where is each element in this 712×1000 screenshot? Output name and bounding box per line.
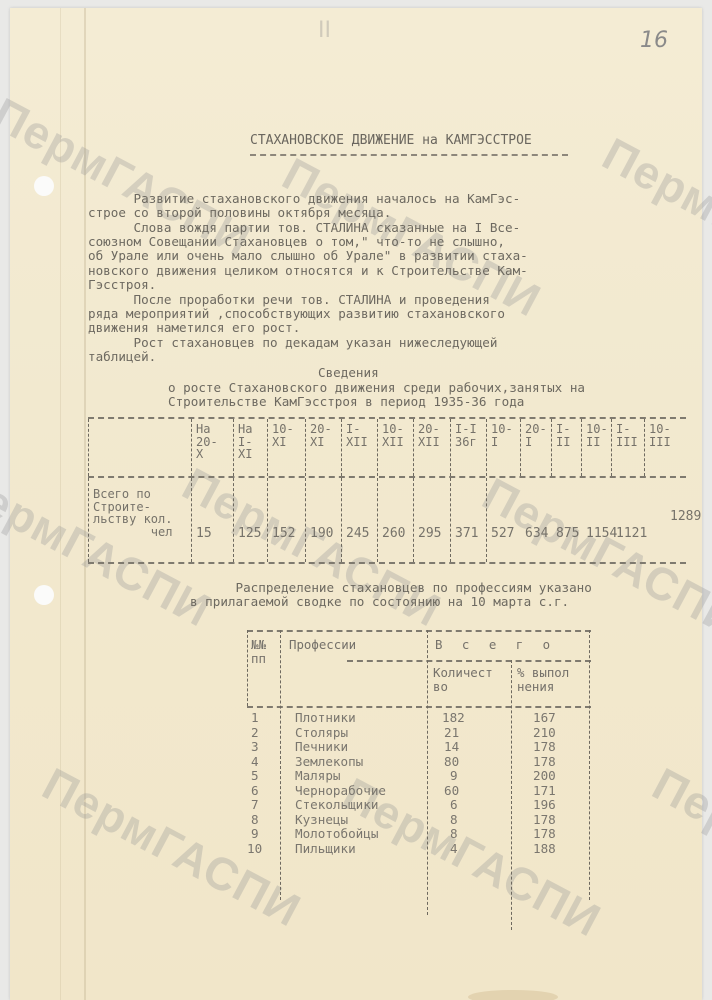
table-row: 5Маляры9200 bbox=[247, 768, 591, 783]
header-cell: 20- I bbox=[520, 419, 551, 476]
row-profession: Кузнецы bbox=[295, 812, 348, 827]
value-cell: 260 bbox=[377, 478, 413, 562]
row-profession: Молотобойцы bbox=[295, 826, 378, 841]
punch-hole bbox=[34, 176, 54, 196]
row-percent: 210 bbox=[533, 725, 556, 740]
growth-table-row: Всего по Строите- льству кол. чел 15 125… bbox=[88, 478, 686, 562]
paragraph-3: После проработки речи тов. СТАЛИНА и про… bbox=[88, 293, 678, 336]
table-border bbox=[247, 630, 591, 632]
header-cell: 10- XII bbox=[377, 419, 413, 476]
row-num: 2 bbox=[251, 725, 259, 740]
row-num: 9 bbox=[251, 826, 259, 841]
table-row: 6Чернорабочие60171 bbox=[247, 783, 591, 798]
row-num: 6 bbox=[251, 783, 259, 798]
header-cell: I- III bbox=[611, 419, 644, 476]
growth-table: На 20- X На I- XI 10- XI 20- XI I- XII 1… bbox=[88, 417, 686, 564]
title-underline bbox=[250, 154, 568, 156]
row-percent: 171 bbox=[533, 783, 556, 798]
header-cell: На I- XI bbox=[233, 419, 267, 476]
profession-rows: 1Плотники182167 2Столяры21210 3Печники14… bbox=[247, 710, 591, 855]
table1-caption-title: Сведения bbox=[318, 366, 379, 380]
document-title: СТАХАНОВСКОЕ ДВИЖЕНИЕ на КАМГЭССТРОЕ bbox=[250, 133, 532, 148]
row-count: 4 bbox=[450, 841, 458, 856]
row-num: 5 bbox=[251, 768, 259, 783]
row-percent: 167 bbox=[533, 710, 556, 725]
row-percent: 196 bbox=[533, 797, 556, 812]
paper-fold bbox=[60, 8, 61, 1000]
table-row: 4Землекопы80178 bbox=[247, 754, 591, 769]
table-row: 10Пильщики4188 bbox=[247, 841, 591, 856]
row-profession: Стекольщики bbox=[295, 797, 378, 812]
row-num: 8 bbox=[251, 812, 259, 827]
value-cell: 152 bbox=[267, 478, 305, 562]
page-number: 16 bbox=[640, 28, 668, 53]
row-profession: Печники bbox=[295, 739, 348, 754]
row-count: 14 bbox=[444, 739, 459, 754]
value-cell: 527 bbox=[486, 478, 520, 562]
value-cell: 371 bbox=[450, 478, 486, 562]
header-cell: I- II bbox=[551, 419, 581, 476]
row-profession: Землекопы bbox=[295, 754, 363, 769]
row-count: 8 bbox=[450, 826, 458, 841]
row-count: 6 bbox=[450, 797, 458, 812]
row-num: 4 bbox=[251, 754, 259, 769]
table1-caption: о росте Стахановского движения среди раб… bbox=[168, 381, 585, 409]
header-cell: I-I 36г bbox=[450, 419, 486, 476]
table-border bbox=[347, 660, 591, 662]
row-percent: 178 bbox=[533, 739, 556, 754]
row-count: 9 bbox=[450, 768, 458, 783]
value-cell: 190 bbox=[305, 478, 341, 562]
extra-value: 1289 bbox=[670, 509, 701, 524]
value-cell: 875 bbox=[551, 478, 581, 562]
growth-table-header: На 20- X На I- XI 10- XI 20- XI I- XII 1… bbox=[88, 419, 686, 478]
row-percent: 200 bbox=[533, 768, 556, 783]
row-percent: 178 bbox=[533, 754, 556, 769]
header-cell-empty bbox=[88, 419, 191, 476]
header-cell: 20- XII bbox=[413, 419, 450, 476]
table-row: 7Стекольщики6196 bbox=[247, 797, 591, 812]
row-profession: Маляры bbox=[295, 768, 341, 783]
row-num: 1 bbox=[251, 710, 259, 725]
row-num: 10 bbox=[247, 841, 262, 856]
paper-fold bbox=[84, 8, 86, 1000]
header-profession: Профессии bbox=[289, 638, 356, 652]
paper-stain bbox=[468, 990, 558, 1000]
header-cell: 10- III bbox=[644, 419, 684, 476]
value-cell: 1121 bbox=[611, 478, 644, 562]
header-cell: 10- XI bbox=[267, 419, 305, 476]
row-count: 80 bbox=[444, 754, 459, 769]
header-cell: 20- XI bbox=[305, 419, 341, 476]
punch-hole bbox=[34, 585, 54, 605]
row-profession: Пильщики bbox=[295, 841, 356, 856]
header-percent: % выпол нения bbox=[517, 666, 569, 694]
row-label: Всего по Строите- льству кол. чел bbox=[88, 478, 191, 562]
row-profession: Чернорабочие bbox=[295, 783, 386, 798]
value-cell: 634 bbox=[520, 478, 551, 562]
header-cell: На 20- X bbox=[191, 419, 233, 476]
header-cell: 10- I bbox=[486, 419, 520, 476]
header-cell: 10- II bbox=[581, 419, 611, 476]
value-cell: 295 bbox=[413, 478, 450, 562]
table-row: 9Молотобойцы8178 bbox=[247, 826, 591, 841]
row-count: 182 bbox=[442, 710, 465, 725]
paragraph-1: Развитие стахановского движения началось… bbox=[88, 192, 678, 220]
header-num: №№ пп bbox=[251, 638, 266, 666]
table-border bbox=[247, 706, 591, 708]
paragraph-4: Рост стахановцев по декадам указан нижес… bbox=[88, 336, 678, 364]
row-num: 7 bbox=[251, 797, 259, 812]
row-profession: Плотники bbox=[295, 710, 356, 725]
row-percent: 178 bbox=[533, 826, 556, 841]
table-row: 2Столяры21210 bbox=[247, 725, 591, 740]
header-total: В с е г о bbox=[435, 638, 556, 652]
row-profession: Столяры bbox=[295, 725, 348, 740]
table-border bbox=[247, 630, 248, 706]
header-count: Количест во bbox=[433, 666, 493, 694]
table2-intro: Распределение стахановцев по профессиям … bbox=[190, 581, 592, 609]
value-cell: 245 bbox=[341, 478, 377, 562]
value-cell: 1154 bbox=[581, 478, 611, 562]
header-cell: I- XII bbox=[341, 419, 377, 476]
row-num: 3 bbox=[251, 739, 259, 754]
table-row: 1Плотники182167 bbox=[247, 710, 591, 725]
table-row: 3Печники14178 bbox=[247, 739, 591, 754]
value-cell: 15 bbox=[191, 478, 233, 562]
row-count: 60 bbox=[444, 783, 459, 798]
faint-mark: II bbox=[318, 18, 331, 43]
table-row: 8Кузнецы8178 bbox=[247, 812, 591, 827]
row-count: 8 bbox=[450, 812, 458, 827]
value-cell: 125 bbox=[233, 478, 267, 562]
row-count: 21 bbox=[444, 725, 459, 740]
row-percent: 188 bbox=[533, 841, 556, 856]
paragraph-2: Слова вождя партии тов. СТАЛИНА сказанны… bbox=[88, 221, 678, 292]
row-percent: 178 bbox=[533, 812, 556, 827]
